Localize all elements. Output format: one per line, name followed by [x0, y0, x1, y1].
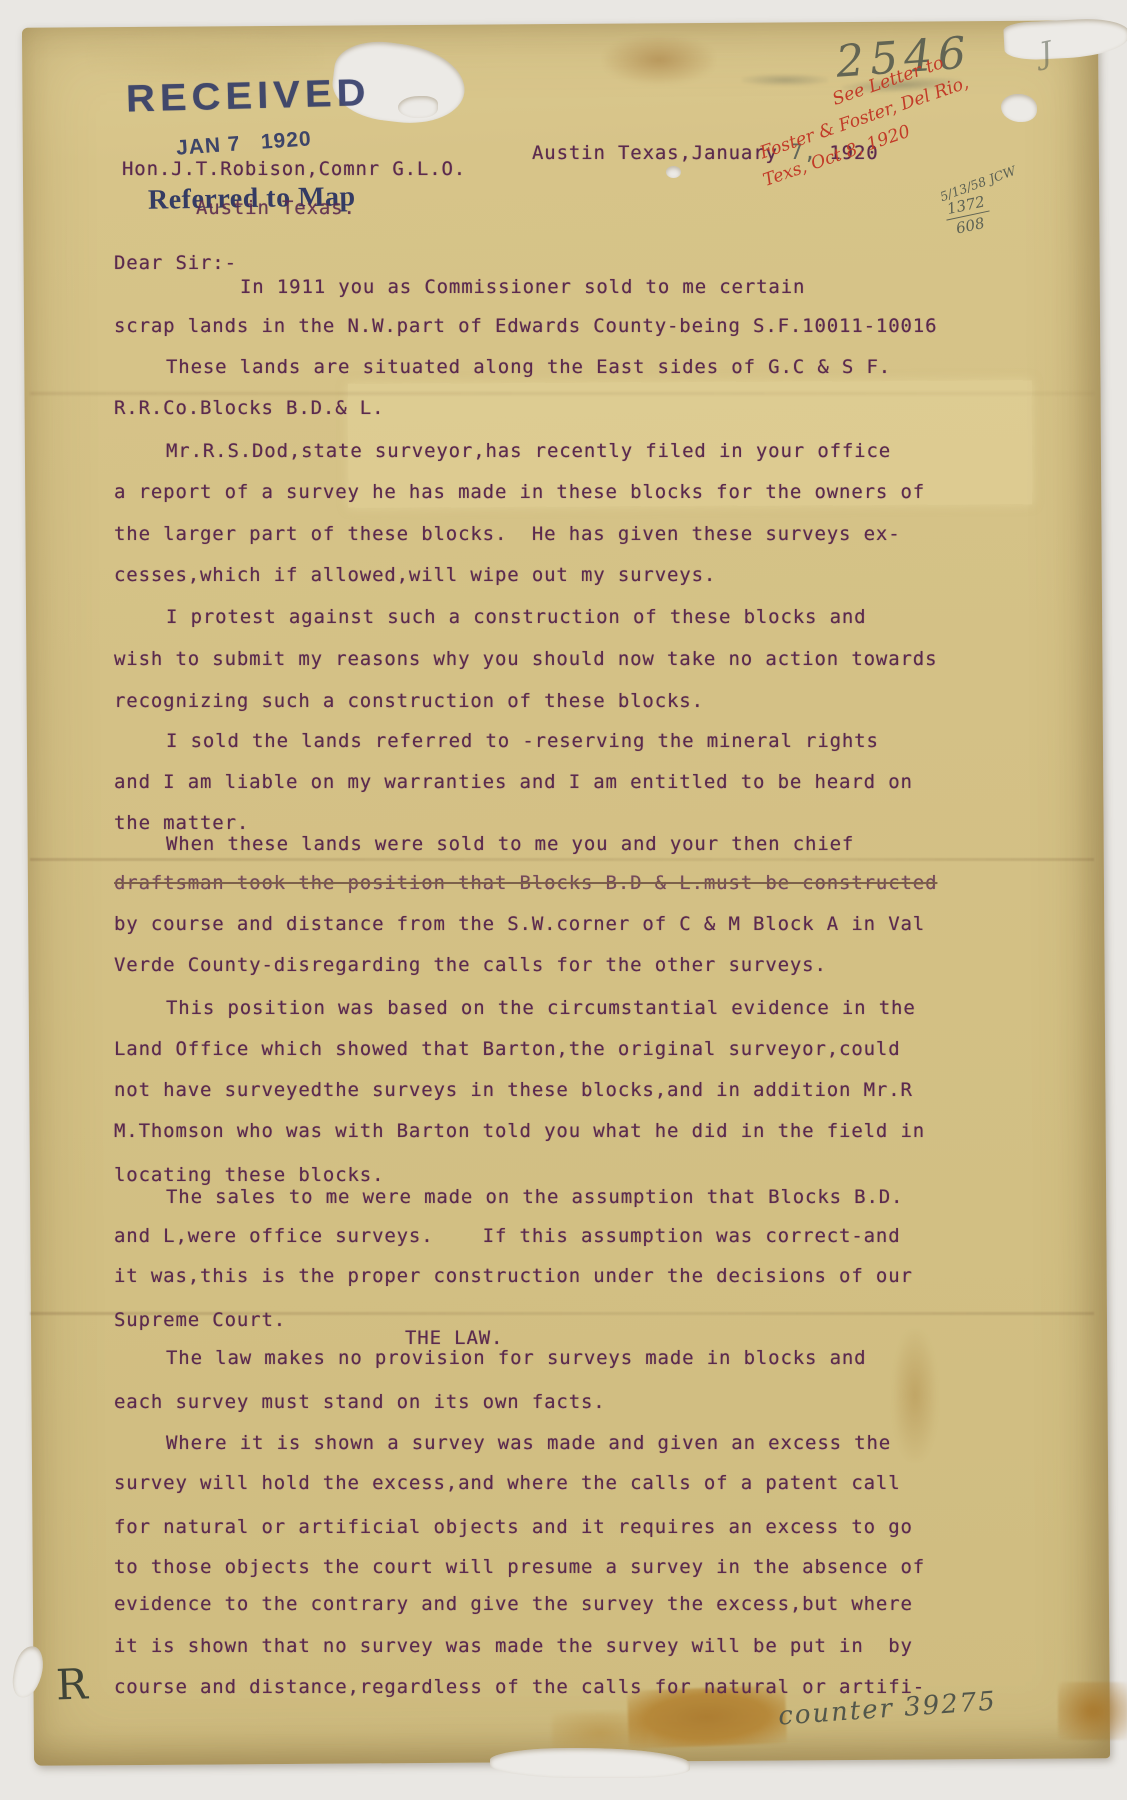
body-line: not have surveyedthe surveys in these bl… — [114, 1079, 913, 1101]
body-line: each survey must stand on its own facts. — [114, 1391, 606, 1413]
body-line: the matter. — [114, 812, 249, 834]
body-line: it is shown that no survey was made the … — [114, 1635, 913, 1657]
torn-edge — [666, 166, 681, 178]
torn-edge — [398, 96, 438, 118]
body-line: This position was based on the circumsta… — [114, 997, 916, 1019]
body-line: The law makes no provision for surveys m… — [114, 1347, 866, 1369]
body-line: Land Office which showed that Barton,the… — [114, 1038, 901, 1060]
body-line: R.R.Co.Blocks B.D.& L. — [114, 397, 384, 419]
body-line: Where it is shown a survey was made and … — [114, 1432, 891, 1454]
body-line: survey will hold the excess,and where th… — [114, 1472, 901, 1494]
body-line: draftsman took the position that Blocks … — [114, 872, 937, 894]
body-line: I sold the lands referred to -reserving … — [114, 730, 879, 752]
body-line: wish to submit my reasons why you should… — [114, 648, 937, 670]
body-line: and L,were office surveys. If this assum… — [114, 1225, 901, 1247]
body-line: cesses,which if allowed,will wipe out my… — [114, 564, 716, 586]
addressee-line2: Austin Texas. — [196, 197, 356, 219]
body-line: course and distance,regardless of the ca… — [114, 1676, 925, 1698]
body-line: by course and distance from the S.W.corn… — [114, 913, 925, 935]
body-line: Dear Sir:- — [114, 252, 237, 274]
body-line: to those objects the court will presume … — [114, 1556, 925, 1578]
body-line: and I am liable on my warranties and I a… — [114, 771, 913, 793]
addressee-line1: Hon.J.T.Robison,Comnr G.L.O. — [122, 158, 466, 180]
received-stamp: RECEIVED — [125, 72, 371, 121]
body-line: for natural or artificial objects and it… — [114, 1516, 913, 1538]
body-line: The sales to me were made on the assumpt… — [114, 1186, 903, 1208]
body-line: Verde County-disregarding the calls for … — [114, 954, 827, 976]
bottom-left-mark: R — [55, 1659, 88, 1709]
body-line: locating these blocks. — [114, 1164, 384, 1186]
body-line: the larger part of these blocks. He has … — [114, 523, 901, 545]
body-line: Mr.R.S.Dod,state surveyor,has recently f… — [114, 440, 891, 462]
body-line: M.Thomson who was with Barton told you w… — [114, 1120, 925, 1142]
body-line: a report of a survey he has made in thes… — [114, 481, 925, 503]
section-heading: THE LAW. — [114, 1327, 503, 1349]
body-line: In 1911 you as Commissioner sold to me c… — [114, 276, 805, 298]
torn-edge — [490, 1748, 690, 1778]
body-line: it was,this is the proper construction u… — [114, 1265, 913, 1287]
body-line: evidence to the contrary and give the su… — [114, 1593, 913, 1615]
body-line: When these lands were sold to me you and… — [114, 833, 854, 855]
body-line: recognizing such a construction of these… — [114, 690, 704, 712]
body-line: I protest against such a construction of… — [114, 606, 866, 628]
body-line: These lands are situated along the East … — [114, 356, 891, 378]
body-line: scrap lands in the N.W.part of Edwards C… — [114, 315, 937, 337]
